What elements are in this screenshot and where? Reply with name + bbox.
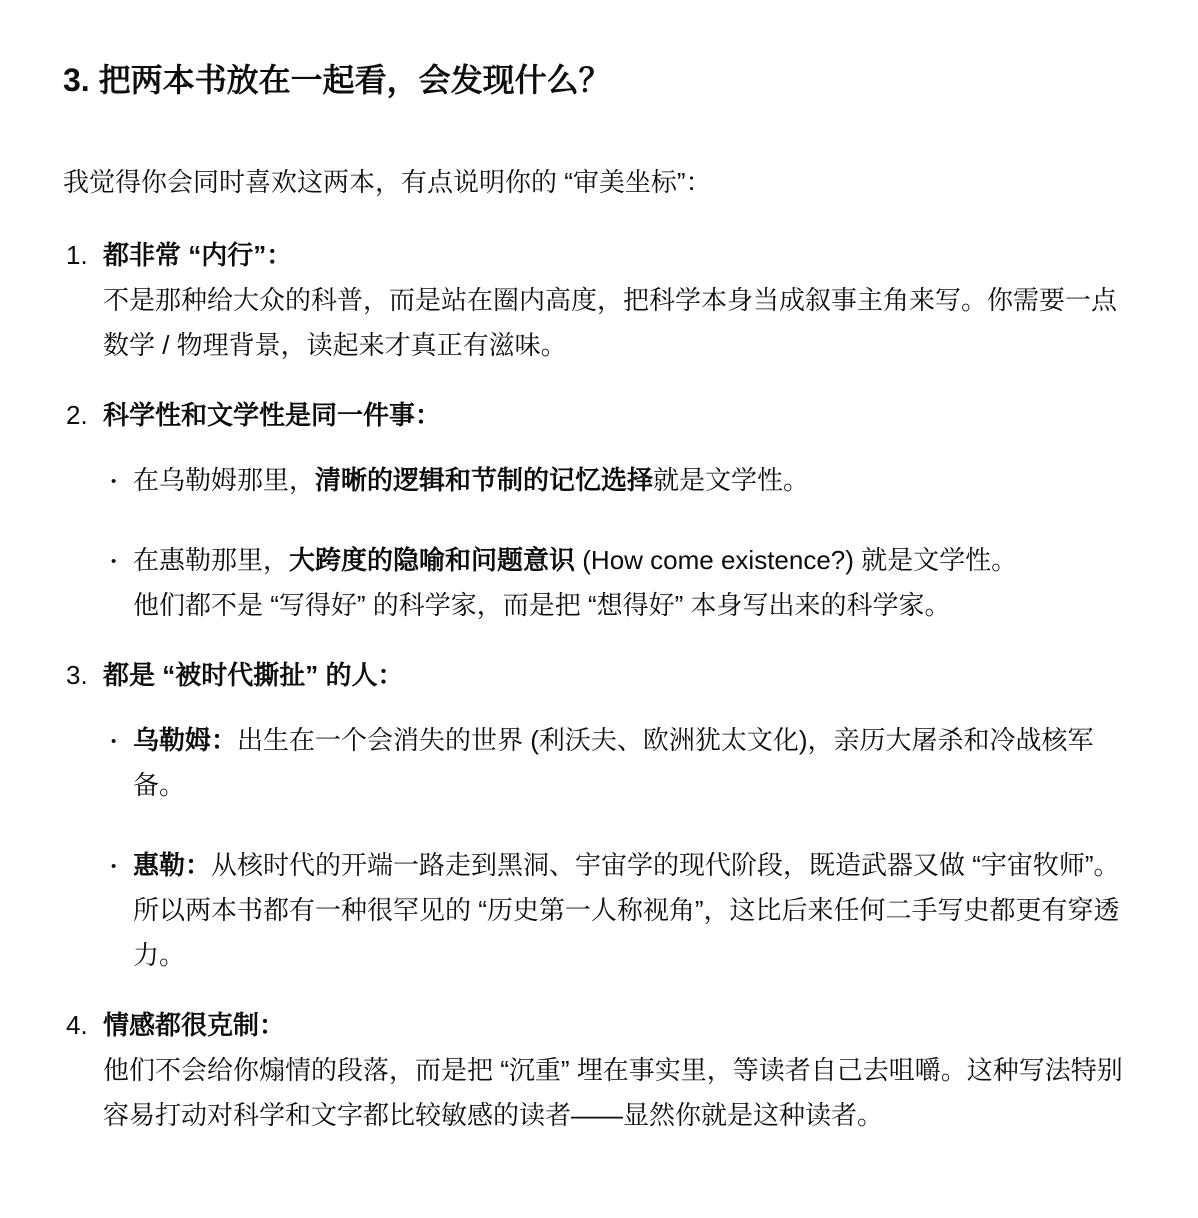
- bullet-text-post: 出生在一个会消失的世界 (利沃夫、欧洲犹太文化)，亲历大屠杀和冷战核军备。: [133, 725, 1094, 800]
- bullet-text-bold: 乌勒姆：: [133, 725, 237, 755]
- list-item-3: 3. 都是 “被时代撕扯” 的人： • 乌勒姆：出生在一个会消失的世界 (利沃夫…: [63, 653, 1135, 978]
- chat-message-content: 3. 把两本书放在一起看，会发现什么？ 我觉得你会同时喜欢这两本，有点说明你的 …: [0, 0, 1198, 1218]
- list-item-number: 1.: [66, 233, 88, 278]
- bullet-list: • 乌勒姆：出生在一个会消失的世界 (利沃夫、欧洲犹太文化)，亲历大屠杀和冷战核…: [103, 718, 1135, 978]
- bullet-item: • 惠勒：从核时代的开端一路走到黑洞、宇宙学的现代阶段，既造武器又做 “宇宙牧师…: [103, 843, 1135, 978]
- bullet-text-bold: 清晰的逻辑和节制的记忆选择: [315, 465, 653, 495]
- list-item-label: 情感都很克制：: [103, 1003, 1135, 1048]
- bullet-item: • 乌勒姆：出生在一个会消失的世界 (利沃夫、欧洲犹太文化)，亲历大屠杀和冷战核…: [103, 718, 1135, 808]
- list-item-body: 不是那种给大众的科普，而是站在圈内高度，把科学本身当成叙事主角来写。你需要一点数…: [103, 278, 1135, 368]
- bullet-text-pre: 在乌勒姆那里，: [133, 465, 315, 495]
- bullet-marker: •: [111, 459, 116, 504]
- bullet-marker: •: [111, 844, 116, 889]
- bullet-line: 惠勒：从核时代的开端一路走到黑洞、宇宙学的现代阶段，既造武器又做 “宇宙牧师”。: [133, 843, 1135, 888]
- list-item-label: 都非常 “内行”：: [103, 233, 1135, 278]
- bullet-marker: •: [111, 539, 116, 584]
- bullet-marker: •: [111, 719, 116, 764]
- list-item-number: 4.: [66, 1003, 88, 1048]
- bullet-line: 在惠勒那里，大跨度的隐喻和问题意识 (How come existence?) …: [133, 538, 1135, 583]
- list-item-label: 都是 “被时代撕扯” 的人：: [103, 653, 1135, 698]
- list-item-label: 科学性和文学性是同一件事：: [103, 393, 1135, 438]
- section-heading: 3. 把两本书放在一起看，会发现什么？: [63, 59, 1135, 101]
- list-item-2: 2. 科学性和文学性是同一件事： • 在乌勒姆那里，清晰的逻辑和节制的记忆选择就…: [63, 393, 1135, 628]
- bullet-continuation: 所以两本书都有一种很罕见的 “历史第一人称视角”，这比后来任何二手写史都更有穿透…: [133, 888, 1135, 978]
- list-item-1: 1. 都非常 “内行”： 不是那种给大众的科普，而是站在圈内高度，把科学本身当成…: [63, 233, 1135, 368]
- bullet-text-bold: 惠勒：: [133, 850, 211, 880]
- bullet-list: • 在乌勒姆那里，清晰的逻辑和节制的记忆选择就是文学性。 • 在惠勒那里，大跨度…: [103, 458, 1135, 628]
- bullet-line: 乌勒姆：出生在一个会消失的世界 (利沃夫、欧洲犹太文化)，亲历大屠杀和冷战核军备…: [133, 718, 1135, 808]
- intro-paragraph: 我觉得你会同时喜欢这两本，有点说明你的 “审美坐标”：: [63, 160, 1135, 205]
- bullet-item: • 在惠勒那里，大跨度的隐喻和问题意识 (How come existence?…: [103, 538, 1135, 628]
- bullet-item: • 在乌勒姆那里，清晰的逻辑和节制的记忆选择就是文学性。: [103, 458, 1135, 503]
- bullet-text-post: (How come existence?) 就是文学性。: [575, 545, 1017, 575]
- bullet-text-pre: 在惠勒那里，: [133, 545, 289, 575]
- list-item-number: 3.: [66, 653, 88, 698]
- list-item-4: 4. 情感都很克制： 他们不会给你煽情的段落，而是把 “沉重” 埋在事实里，等读…: [63, 1003, 1135, 1138]
- numbered-list: 1. 都非常 “内行”： 不是那种给大众的科普，而是站在圈内高度，把科学本身当成…: [63, 233, 1135, 1138]
- bullet-text-post: 从核时代的开端一路走到黑洞、宇宙学的现代阶段，既造武器又做 “宇宙牧师”。: [211, 850, 1120, 880]
- bullet-text-post: 就是文学性。: [653, 465, 809, 495]
- bullet-continuation: 他们都不是 “写得好” 的科学家，而是把 “想得好” 本身写出来的科学家。: [133, 583, 1135, 628]
- list-item-body: 他们不会给你煽情的段落，而是把 “沉重” 埋在事实里，等读者自己去咀嚼。这种写法…: [103, 1048, 1135, 1138]
- list-item-number: 2.: [66, 393, 88, 438]
- bullet-text-bold: 大跨度的隐喻和问题意识: [289, 545, 575, 575]
- bullet-line: 在乌勒姆那里，清晰的逻辑和节制的记忆选择就是文学性。: [133, 458, 1135, 503]
